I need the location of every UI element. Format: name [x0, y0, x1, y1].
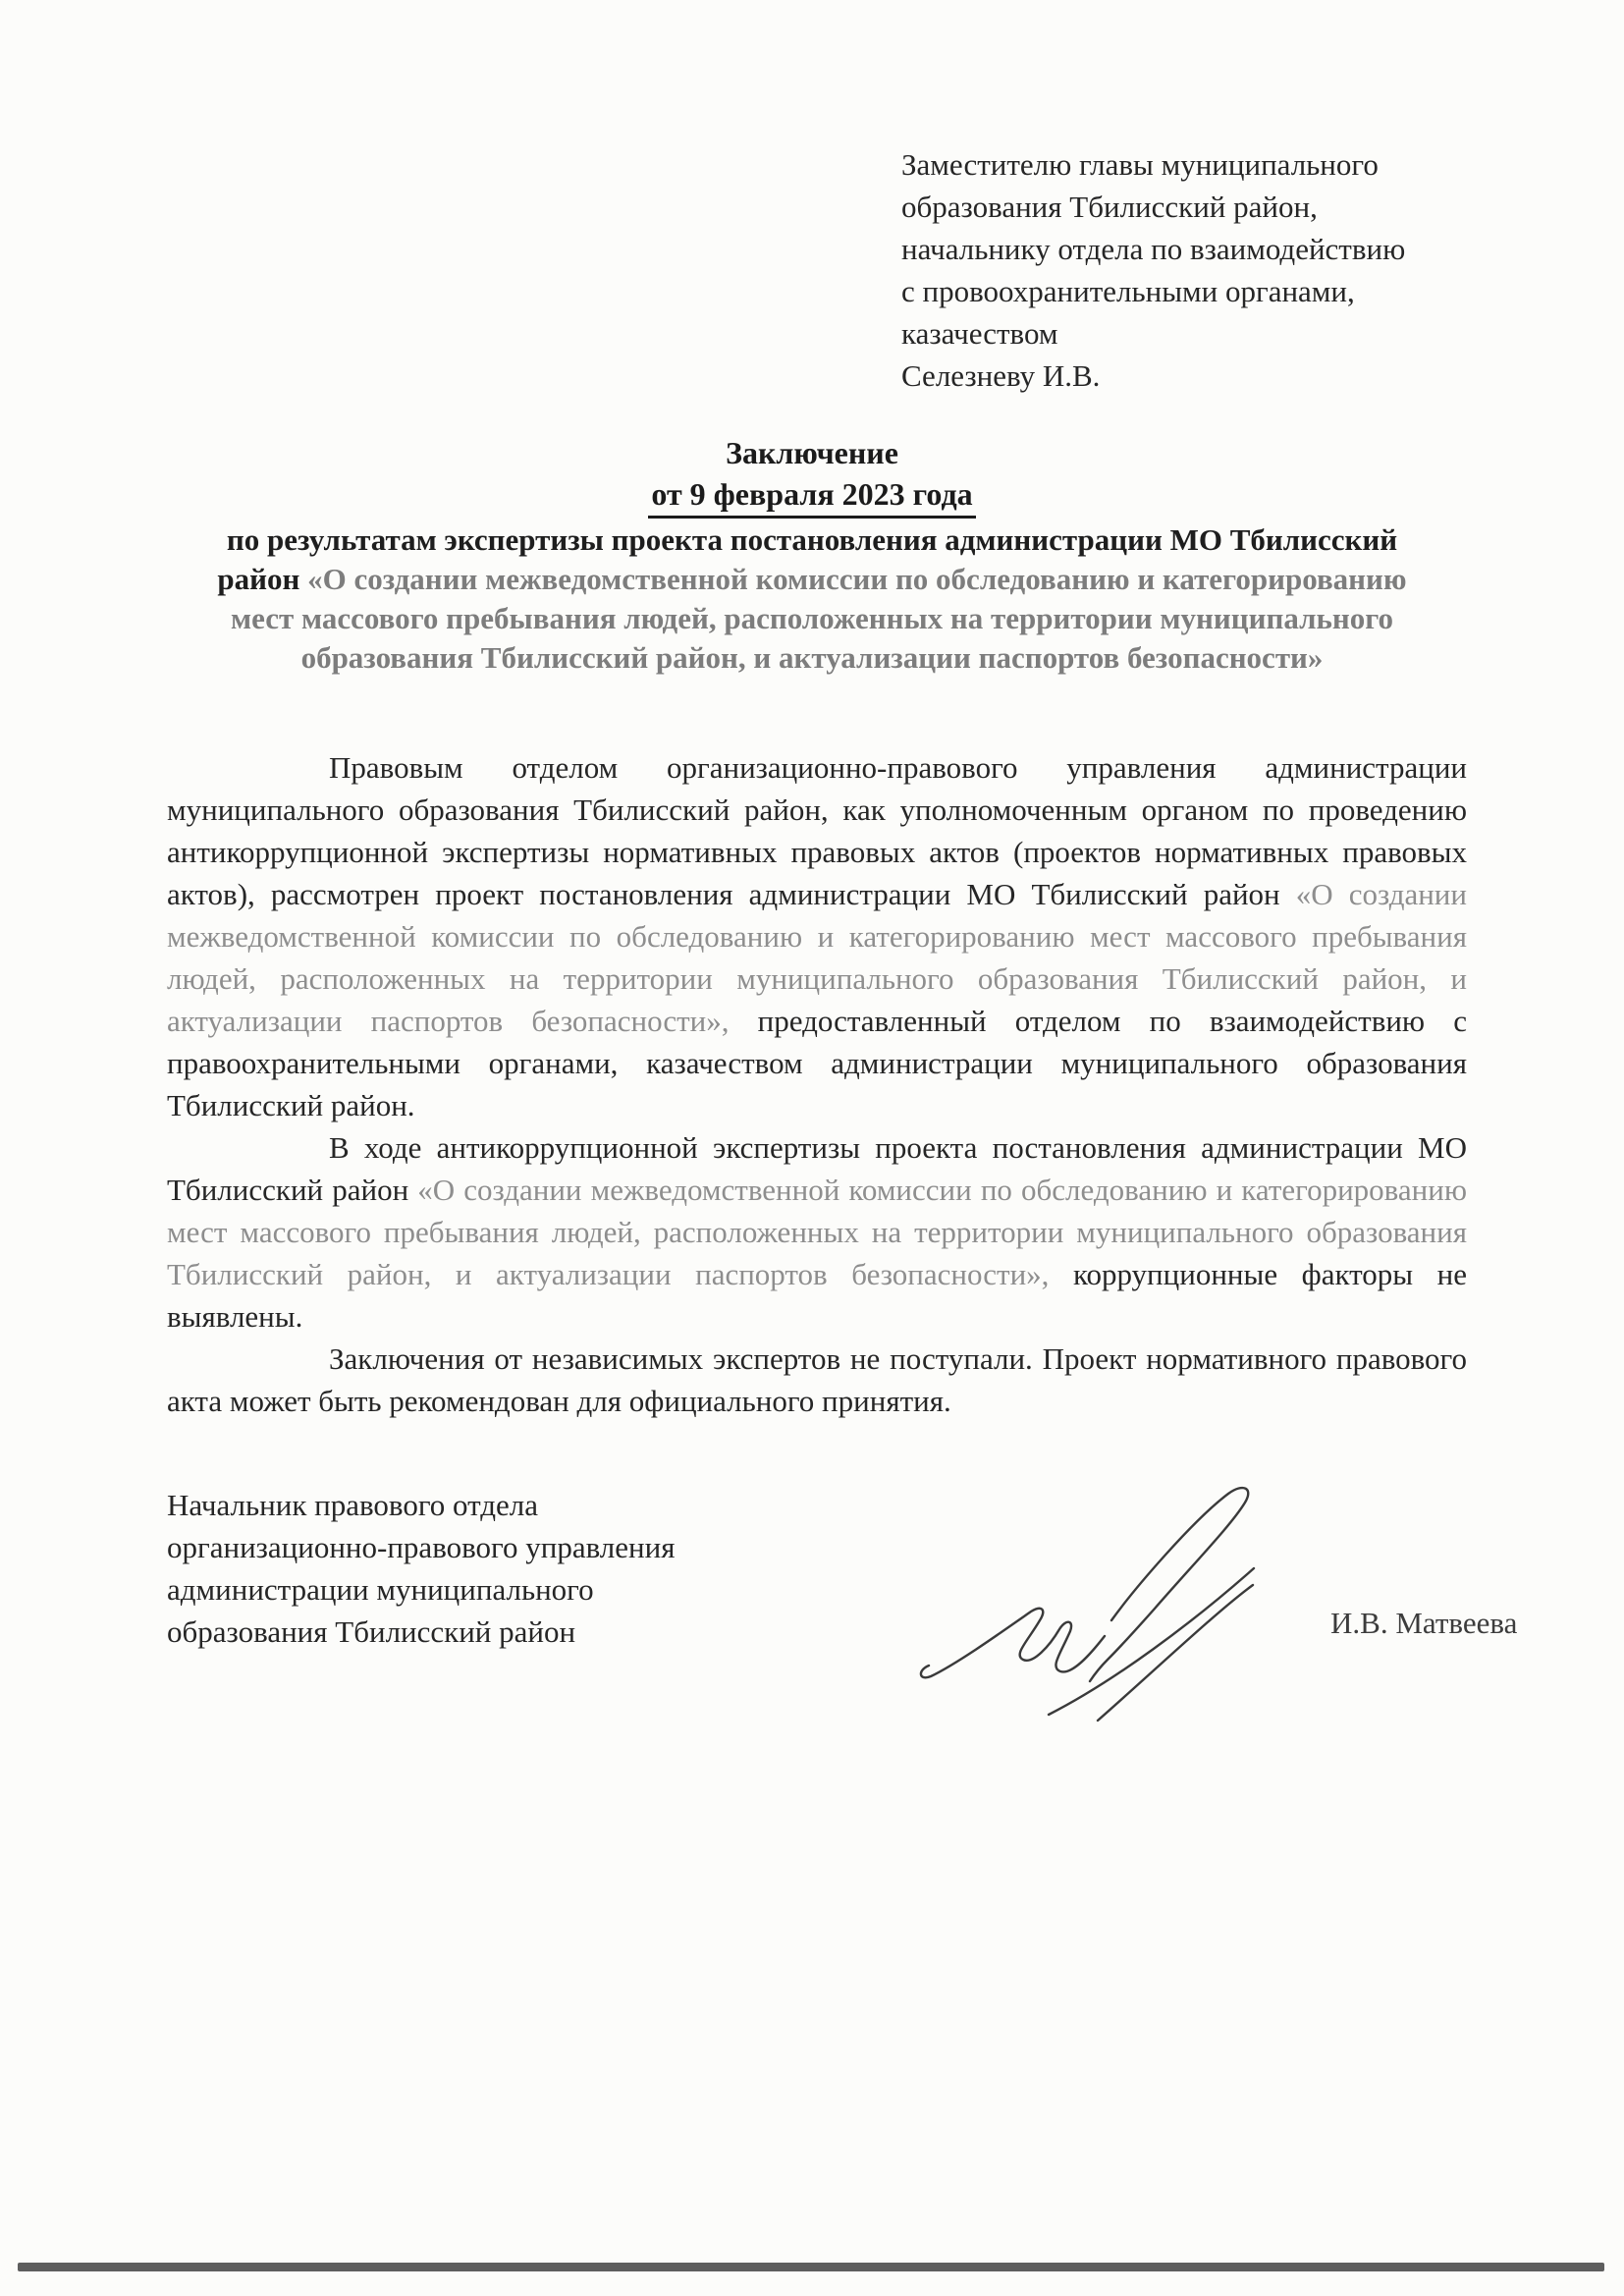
text-segment-dark: Правовым отделом организационно-правовог… — [167, 750, 1467, 911]
body-paragraph: Заключения от независимых экспертов не п… — [167, 1338, 1467, 1422]
text-line: организационно-правового управления — [167, 1526, 795, 1568]
title-block: Заключение от 9 февраля 2023 года по рез… — [0, 432, 1624, 678]
signatory-name: И.В. Матвеева — [1330, 1604, 1517, 1643]
document-body: Правовым отделом организационно-правовог… — [167, 746, 1467, 1422]
document-date-line: от 9 февраля 2023 года — [0, 473, 1624, 519]
text-line: с провоохранительными органами, — [901, 270, 1530, 312]
body-paragraph: Правовым отделом организационно-правовог… — [167, 746, 1467, 1126]
text-line: начальнику отдела по взаимодействию — [901, 228, 1530, 270]
text-line: администрации муниципального — [167, 1568, 795, 1611]
text-line: Селезневу И.В. — [901, 355, 1530, 397]
body-paragraph: В ходе антикоррупционной экспертизы прое… — [167, 1126, 1467, 1338]
document-subtitle: по результатам экспертизы проекта постан… — [198, 520, 1426, 678]
signatory-position-block: Начальник правового отделаорганизационно… — [167, 1484, 795, 1653]
handwritten-signature-icon — [864, 1326, 1257, 1728]
document-title: Заключение — [0, 432, 1624, 473]
text-line: Начальник правового отдела — [167, 1484, 795, 1526]
addressee-block: Заместителю главы муниципальногообразова… — [901, 143, 1530, 397]
text-line: образования Тбилисский район, — [901, 186, 1530, 228]
text-segment-faded: «О создании межведомственной комиссии по… — [231, 562, 1407, 675]
text-segment-dark: Заключения от независимых экспертов не п… — [167, 1341, 1467, 1418]
text-line: Заместителю главы муниципального — [901, 143, 1530, 186]
scanner-edge-artifact — [18, 2263, 1604, 2271]
document-date-underlined: от 9 февраля 2023 года — [648, 473, 975, 519]
text-line: образования Тбилисский район — [167, 1611, 795, 1653]
text-line: казачеством — [901, 312, 1530, 355]
document-page: Заместителю главы муниципальногообразова… — [0, 0, 1624, 2296]
